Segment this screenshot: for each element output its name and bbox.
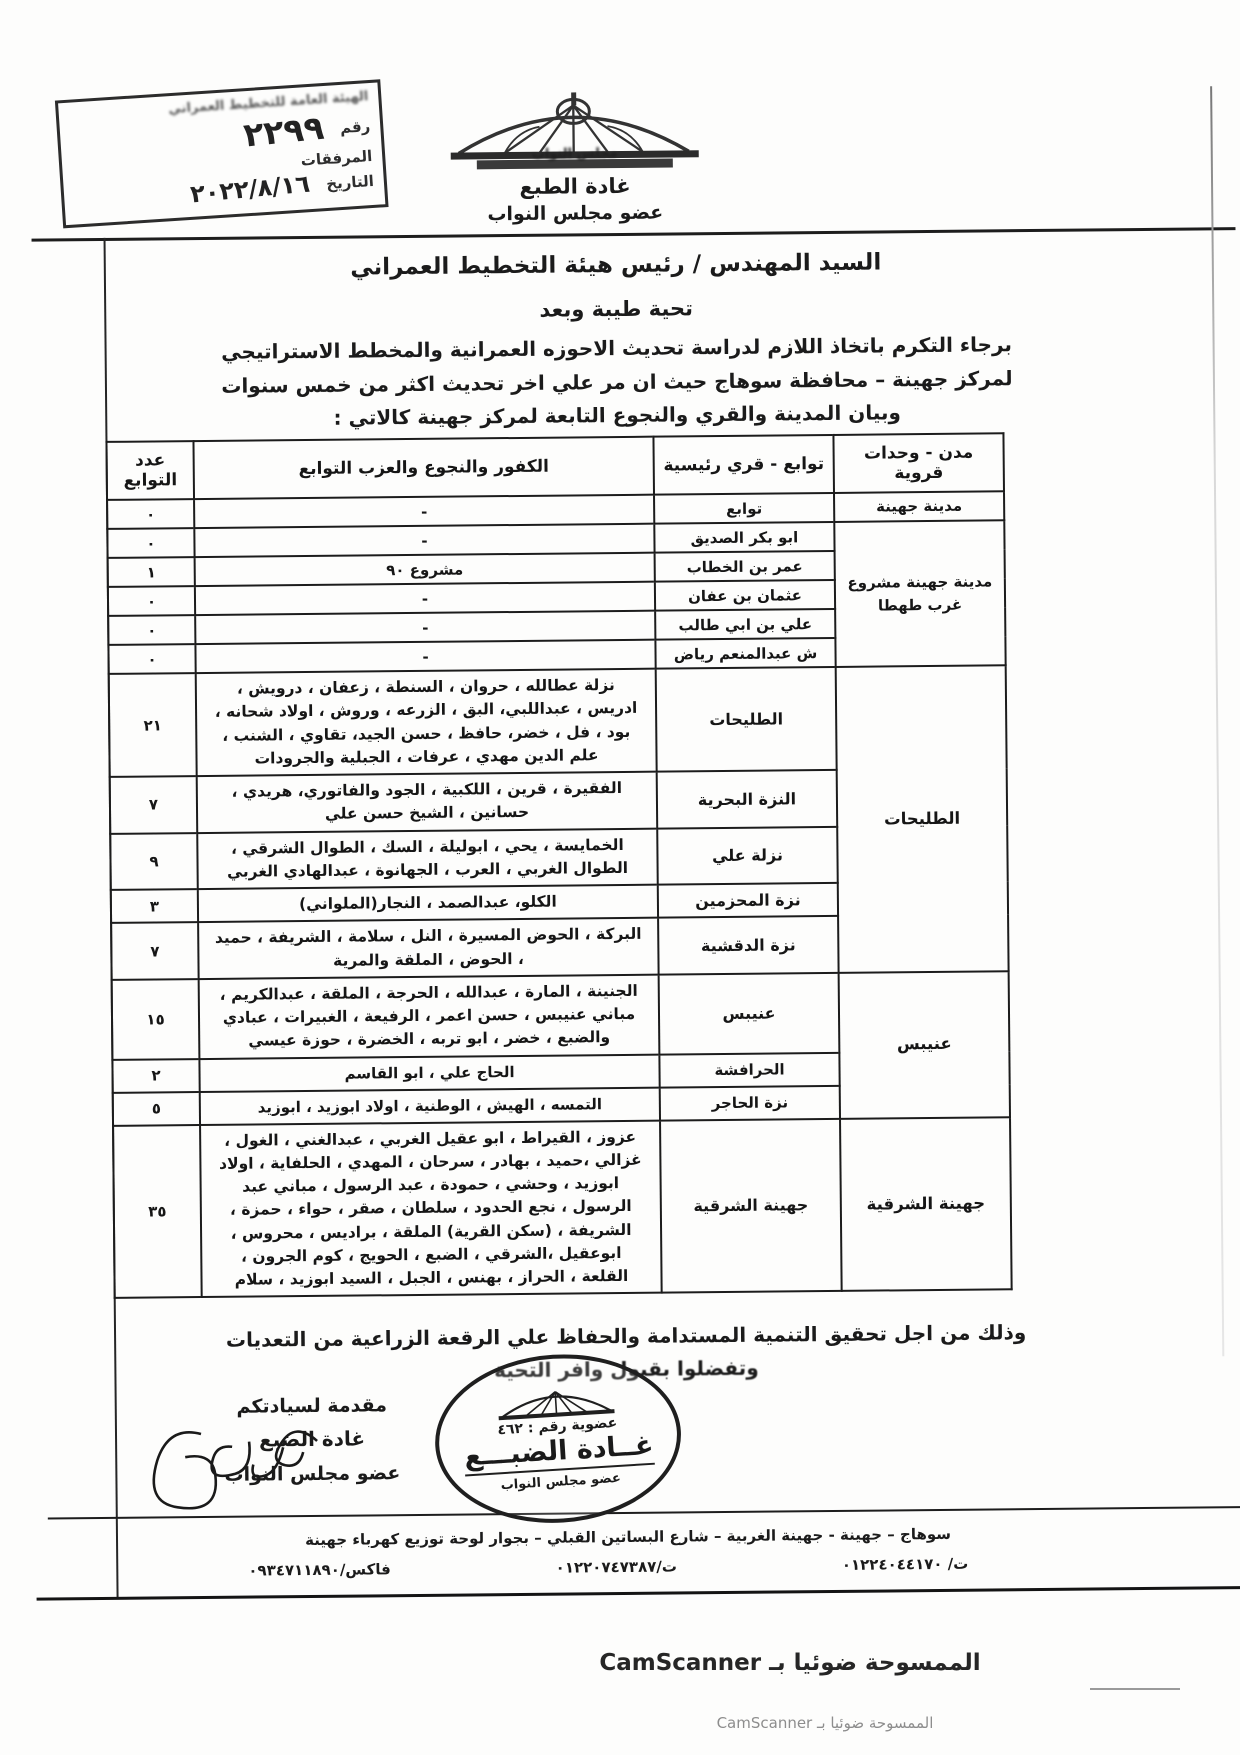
main-village-cell: ش عبدالمنعم رياض xyxy=(655,638,835,669)
main-village-cell: الطليحات xyxy=(656,667,837,772)
page-bottom-frame-line xyxy=(37,1586,1240,1601)
count-cell: ٢١ xyxy=(109,673,197,777)
main-village-cell: عمر بن الخطاب xyxy=(655,551,835,582)
received-registry-stamp: الهيئة العامة للتخطيط العمراني رقم ٢٢٩٩ … xyxy=(55,79,389,228)
main-village-cell: النزة البحرية xyxy=(657,770,838,828)
unit-cell: الطليحات xyxy=(836,665,1009,972)
table-header-row: مدن - وحدات قروية توابع - قري رئيسية الك… xyxy=(106,433,1004,500)
count-cell: ١ xyxy=(108,557,195,587)
letter-salutation: السيد المهندس / رئيس هيئة التخطيط العمرا… xyxy=(166,248,1066,283)
count-cell: ٠ xyxy=(107,528,194,558)
hamlets-cell: الخمايسة ، يحي ، ابوليلة ، السك ، الطوال… xyxy=(197,828,658,889)
hamlets-cell: البركة ، الحوض المسيرة ، النل ، سلامة ، … xyxy=(198,918,659,979)
footer-phone1: ت/ ٠١٢٢٤٠٤٤١٧٠ xyxy=(842,1555,969,1574)
footer-phones: ت/ ٠١٢٢٤٠٤٤١٧٠ ت/٠١٢٢٠٧٤٧٣٨٧ فاكس/٠٩٣٤٧١… xyxy=(248,1555,968,1580)
hamlets-cell: مشروع ٩٠ xyxy=(195,553,655,586)
main-village-cell: ابو بكر الصديق xyxy=(654,522,834,553)
villages-table: مدن - وحدات قروية توابع - قري رئيسية الك… xyxy=(105,432,1012,1299)
stamp-number-value: ٢٢٩٩ xyxy=(242,108,326,155)
parliament-dome-logo: مجلس النواب xyxy=(446,89,703,175)
header-count: عدد التوابع xyxy=(106,441,194,500)
main-village-cell: علي بن ابي طالب xyxy=(655,609,835,640)
count-cell: ٩ xyxy=(110,833,198,890)
header-hamlets: الكفور والنجوع والعزب التوابع xyxy=(193,437,654,499)
unit-cell: عنيبس xyxy=(839,971,1010,1118)
stamp-date-label: التاريخ xyxy=(326,172,375,193)
letter-body: برجاء التكرم باتخاذ اللازم لدراسة تحديث … xyxy=(136,327,1097,437)
letter-content: الهيئة العامة للتخطيط العمراني رقم ٢٢٩٩ … xyxy=(0,0,1240,1755)
main-village-cell: نزلة علي xyxy=(657,826,838,884)
header-units: مدن - وحدات قروية xyxy=(833,433,1004,493)
stamp-number-label: رقم xyxy=(339,117,370,137)
letterhead-divider-line xyxy=(32,227,1236,242)
logo-caption-text: مجلس النواب xyxy=(447,145,703,162)
count-cell: ٣ xyxy=(111,889,198,923)
camscanner-watermark-small: الممسوحة ضوئيا بـ CamScanner xyxy=(660,1714,990,1732)
hamlets-cell: الجنينة ، المارة ، عبدالله ، الحرجة ، ال… xyxy=(199,974,660,1058)
count-cell: ٠ xyxy=(108,615,195,645)
header-main-villages: توابع - قري رئيسية xyxy=(653,435,834,495)
main-village-cell: عثمان بن عفان xyxy=(655,580,835,611)
count-cell: ٧ xyxy=(110,776,198,833)
hamlets-cell: - xyxy=(194,524,654,557)
count-cell: ٥ xyxy=(113,1092,200,1126)
unit-cell: جهينة الشرقية xyxy=(840,1117,1012,1291)
main-village-cell: نزة الحاجر xyxy=(660,1085,840,1120)
hamlets-cell: - xyxy=(195,611,655,644)
hamlets-cell: الفقيرة ، قرين ، اللكبية ، الجود والفاتو… xyxy=(197,772,658,833)
hamlets-cell: الحاج علي ، ابو القاسم xyxy=(199,1054,659,1091)
scan-artifact-line xyxy=(1090,1688,1180,1690)
count-cell: ٠ xyxy=(108,586,195,616)
footer-address: سوهاج – جهينة - جهينة الغربية – شارع الب… xyxy=(178,1524,1078,1551)
main-village-cell: جهينة الشرقية xyxy=(660,1118,842,1292)
count-cell: ٠ xyxy=(107,499,194,529)
unit-cell: مدينة جهينة xyxy=(834,491,1004,522)
hamlets-cell: - xyxy=(194,495,654,528)
table-row: الطليحات الطليحات نزلة عطالله ، حروان ، … xyxy=(109,665,1007,777)
scanned-letter-page: الهيئة العامة للتخطيط العمراني رقم ٢٢٩٩ … xyxy=(0,0,1240,1755)
hamlets-cell: عزوز ، القيراط ، ابو عقيل الغربي ، عبدال… xyxy=(200,1120,662,1297)
main-village-cell: نزة المحزمين xyxy=(658,883,838,918)
hamlets-cell: الكلو، عبدالصمد ، النجار(الملواني) xyxy=(198,885,658,923)
count-cell: ٣٥ xyxy=(113,1125,202,1299)
letterhead-title: عضو مجلس النواب xyxy=(415,201,735,226)
stamp-member-title: عضو مجلس النواب xyxy=(500,1471,621,1493)
count-cell: ١٥ xyxy=(112,979,200,1060)
count-cell: ٢ xyxy=(112,1059,199,1093)
footer-phone2: ت/٠١٢٢٠٧٤٧٣٨٧ xyxy=(556,1557,677,1576)
closing-line1: وذلك من اجل تحقيق التنمية المستدامة والح… xyxy=(126,1319,1126,1353)
table-row: عنيبس عنيبس الجنينة ، المارة ، عبدالله ،… xyxy=(112,971,1010,1059)
count-cell: ٠ xyxy=(108,644,195,674)
hamlets-cell: - xyxy=(195,640,655,673)
letterhead-name: غادة الطبع xyxy=(415,173,735,200)
hamlets-cell: - xyxy=(195,582,655,615)
paper-right-edge-line xyxy=(1210,86,1224,1356)
table-row: جهينة الشرقية جهينة الشرقية عزوز ، القير… xyxy=(113,1117,1012,1298)
hamlets-cell: التمسه ، الهيش ، الوطنية ، اولاد ابوزيد … xyxy=(200,1087,660,1124)
main-village-cell: الحرافشة xyxy=(659,1052,839,1087)
camscanner-watermark-large: الممسوحة ضوئيا بـ CamScanner xyxy=(560,1650,1020,1676)
count-cell: ٧ xyxy=(111,922,199,979)
main-village-cell: نزة الدقشية xyxy=(658,916,839,974)
letter-greeting: تحية طيبة وبعد xyxy=(166,293,1066,326)
hamlets-cell: نزلة عطالله ، حروان ، السنطة ، زعفان ، د… xyxy=(196,669,657,776)
stamp-member-name: غــادة الضبـــع xyxy=(463,1430,654,1477)
footer-fax: فاكس/٠٩٣٤٧١١٨٩٠ xyxy=(248,1560,391,1579)
unit-cell: مدينة جهينة مشروع غرب طهطا xyxy=(834,520,1005,667)
main-village-cell: توابع xyxy=(654,493,834,524)
handwritten-signature xyxy=(125,1401,336,1528)
main-village-cell: عنيبس xyxy=(659,973,840,1054)
